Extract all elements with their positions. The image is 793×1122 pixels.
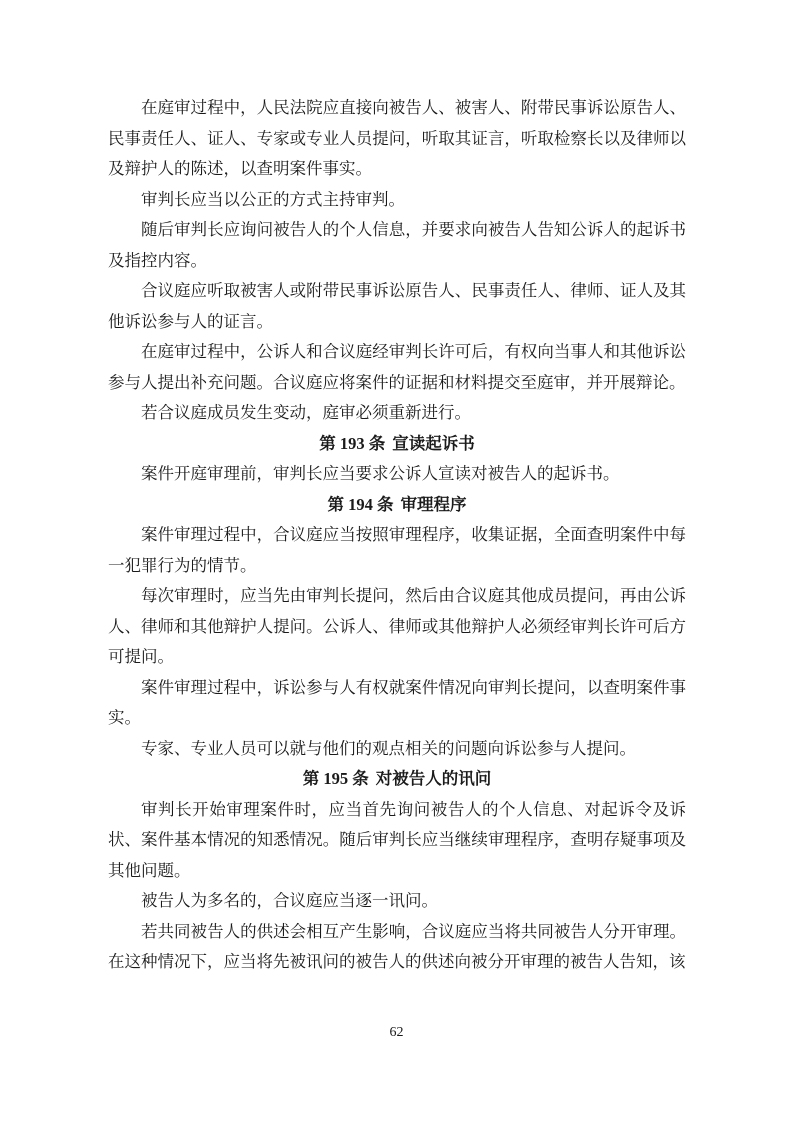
body-paragraph: 审判长应当以公正的方式主持审判。: [108, 185, 686, 216]
body-paragraph: 案件审理过程中，诉讼参与人有权就案件情况向审判长提问，以查明案件事实。: [108, 673, 686, 734]
body-paragraph: 案件开庭审理前，审判长应当要求公诉人宣读对被告人的起诉书。: [108, 459, 686, 490]
body-paragraph: 若共同被告人的供述会相互产生影响，合议庭应当将共同被告人分开审理。在这种情况下，…: [108, 917, 686, 978]
document-body: 在庭审过程中，人民法院应直接向被告人、被害人、附带民事诉讼原告人、民事责任人、证…: [108, 93, 686, 978]
body-paragraph: 每次审理时，应当先由审判长提问，然后由合议庭其他成员提问，再由公诉人、律师和其他…: [108, 581, 686, 673]
body-paragraph: 在庭审过程中，人民法院应直接向被告人、被害人、附带民事诉讼原告人、民事责任人、证…: [108, 93, 686, 185]
body-paragraph: 案件审理过程中，合议庭应当按照审理程序，收集证据，全面查明案件中每一犯罪行为的情…: [108, 520, 686, 581]
page-footer: 62: [0, 1026, 793, 1040]
body-paragraph: 专家、专业人员可以就与他们的观点相关的问题向诉讼参与人提问。: [108, 734, 686, 765]
document-page: 在庭审过程中，人民法院应直接向被告人、被害人、附带民事诉讼原告人、民事责任人、证…: [0, 0, 793, 1122]
article-title: 宣读起诉书: [392, 434, 475, 453]
body-paragraph: 被告人为多名的，合议庭应当逐一讯问。: [108, 886, 686, 917]
body-paragraph: 若合议庭成员发生变动，庭审必须重新进行。: [108, 398, 686, 429]
article-number: 第 194 条: [328, 495, 394, 514]
article-title: 审理程序: [400, 495, 466, 514]
article-heading: 第 194 条审理程序: [108, 490, 686, 521]
body-paragraph: 合议庭应听取被害人或附带民事诉讼原告人、民事责任人、律师、证人及其他诉讼参与人的…: [108, 276, 686, 337]
article-heading: 第 195 条对被告人的讯问: [108, 764, 686, 795]
article-heading: 第 193 条宣读起诉书: [108, 429, 686, 460]
body-paragraph: 审判长开始审理案件时，应当首先询问被告人的个人信息、对起诉令及诉状、案件基本情况…: [108, 795, 686, 887]
article-number: 第 193 条: [319, 434, 385, 453]
body-paragraph: 随后审判长应询问被告人的个人信息，并要求向被告人告知公诉人的起诉书及指控内容。: [108, 215, 686, 276]
body-paragraph: 在庭审过程中，公诉人和合议庭经审判长许可后，有权向当事人和其他诉讼参与人提出补充…: [108, 337, 686, 398]
article-number: 第 195 条: [303, 769, 369, 788]
article-title: 对被告人的讯问: [376, 769, 492, 788]
page-number: 62: [390, 1025, 404, 1040]
